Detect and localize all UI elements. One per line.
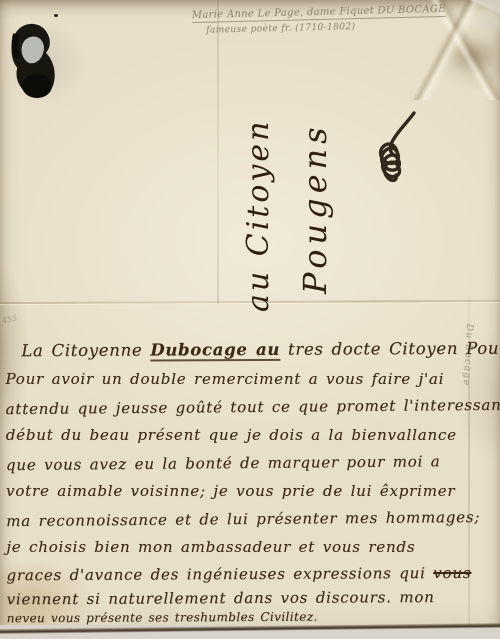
struck-word: vous bbox=[433, 564, 471, 582]
letter-line: viennent si naturellement dans vos disco… bbox=[7, 586, 497, 612]
heading-post: tres docte Citoyen Pougens bbox=[280, 338, 500, 358]
letter-line: que vous avez eu la bonté de marquer pou… bbox=[6, 447, 496, 479]
wax-seal-blot-icon bbox=[4, 20, 64, 108]
ink-speck bbox=[54, 14, 58, 17]
address-line-2: Pougens bbox=[287, 86, 343, 294]
pencil-annotation: Marie Anne Le Page, dame Fiquet DU BOCAG… bbox=[192, 4, 447, 36]
paper-sheet: Marie Anne Le Page, dame Fiquet DU BOCAG… bbox=[0, 0, 500, 639]
letter-line: ma reconnoissance et de lui présenter me… bbox=[6, 503, 496, 535]
ink-flourish-icon bbox=[358, 110, 422, 202]
heading-pre: La Citoyenne bbox=[21, 341, 150, 361]
letter-body: La Citoyenne Dubocage au tres docte Cito… bbox=[5, 333, 497, 627]
address-line-1: au Citoyen bbox=[231, 86, 287, 312]
letter-line: attendu que jeusse goûté tout ce que pro… bbox=[6, 391, 496, 423]
letter-scan: Marie Anne Le Page, dame Fiquet DU BOCAG… bbox=[0, 0, 500, 639]
pencil-inventory-number: 455 bbox=[1, 314, 18, 326]
vertical-fold-crease bbox=[217, 0, 219, 304]
strike-line-pre: graces d'avance des ingénieuses expressi… bbox=[6, 564, 433, 584]
letter-heading: La Citoyenne Dubocage au tres docte Cito… bbox=[5, 333, 495, 367]
letter-line: votre aimable voisinne; je vous prie de … bbox=[6, 477, 496, 505]
heading-underlined: Dubocage au bbox=[150, 340, 280, 362]
letter-line-with-strikethrough: graces d'avance des ingénieuses expressi… bbox=[6, 560, 496, 589]
letter-line: début du beau présent que je dois a la b… bbox=[6, 421, 496, 449]
letter-line: Pour avoir un double remerciment a vous … bbox=[5, 365, 495, 393]
letter-line: je choisis bien mon ambassadeur et vous … bbox=[6, 533, 496, 561]
address-block: au Citoyen Pougens bbox=[228, 86, 356, 328]
